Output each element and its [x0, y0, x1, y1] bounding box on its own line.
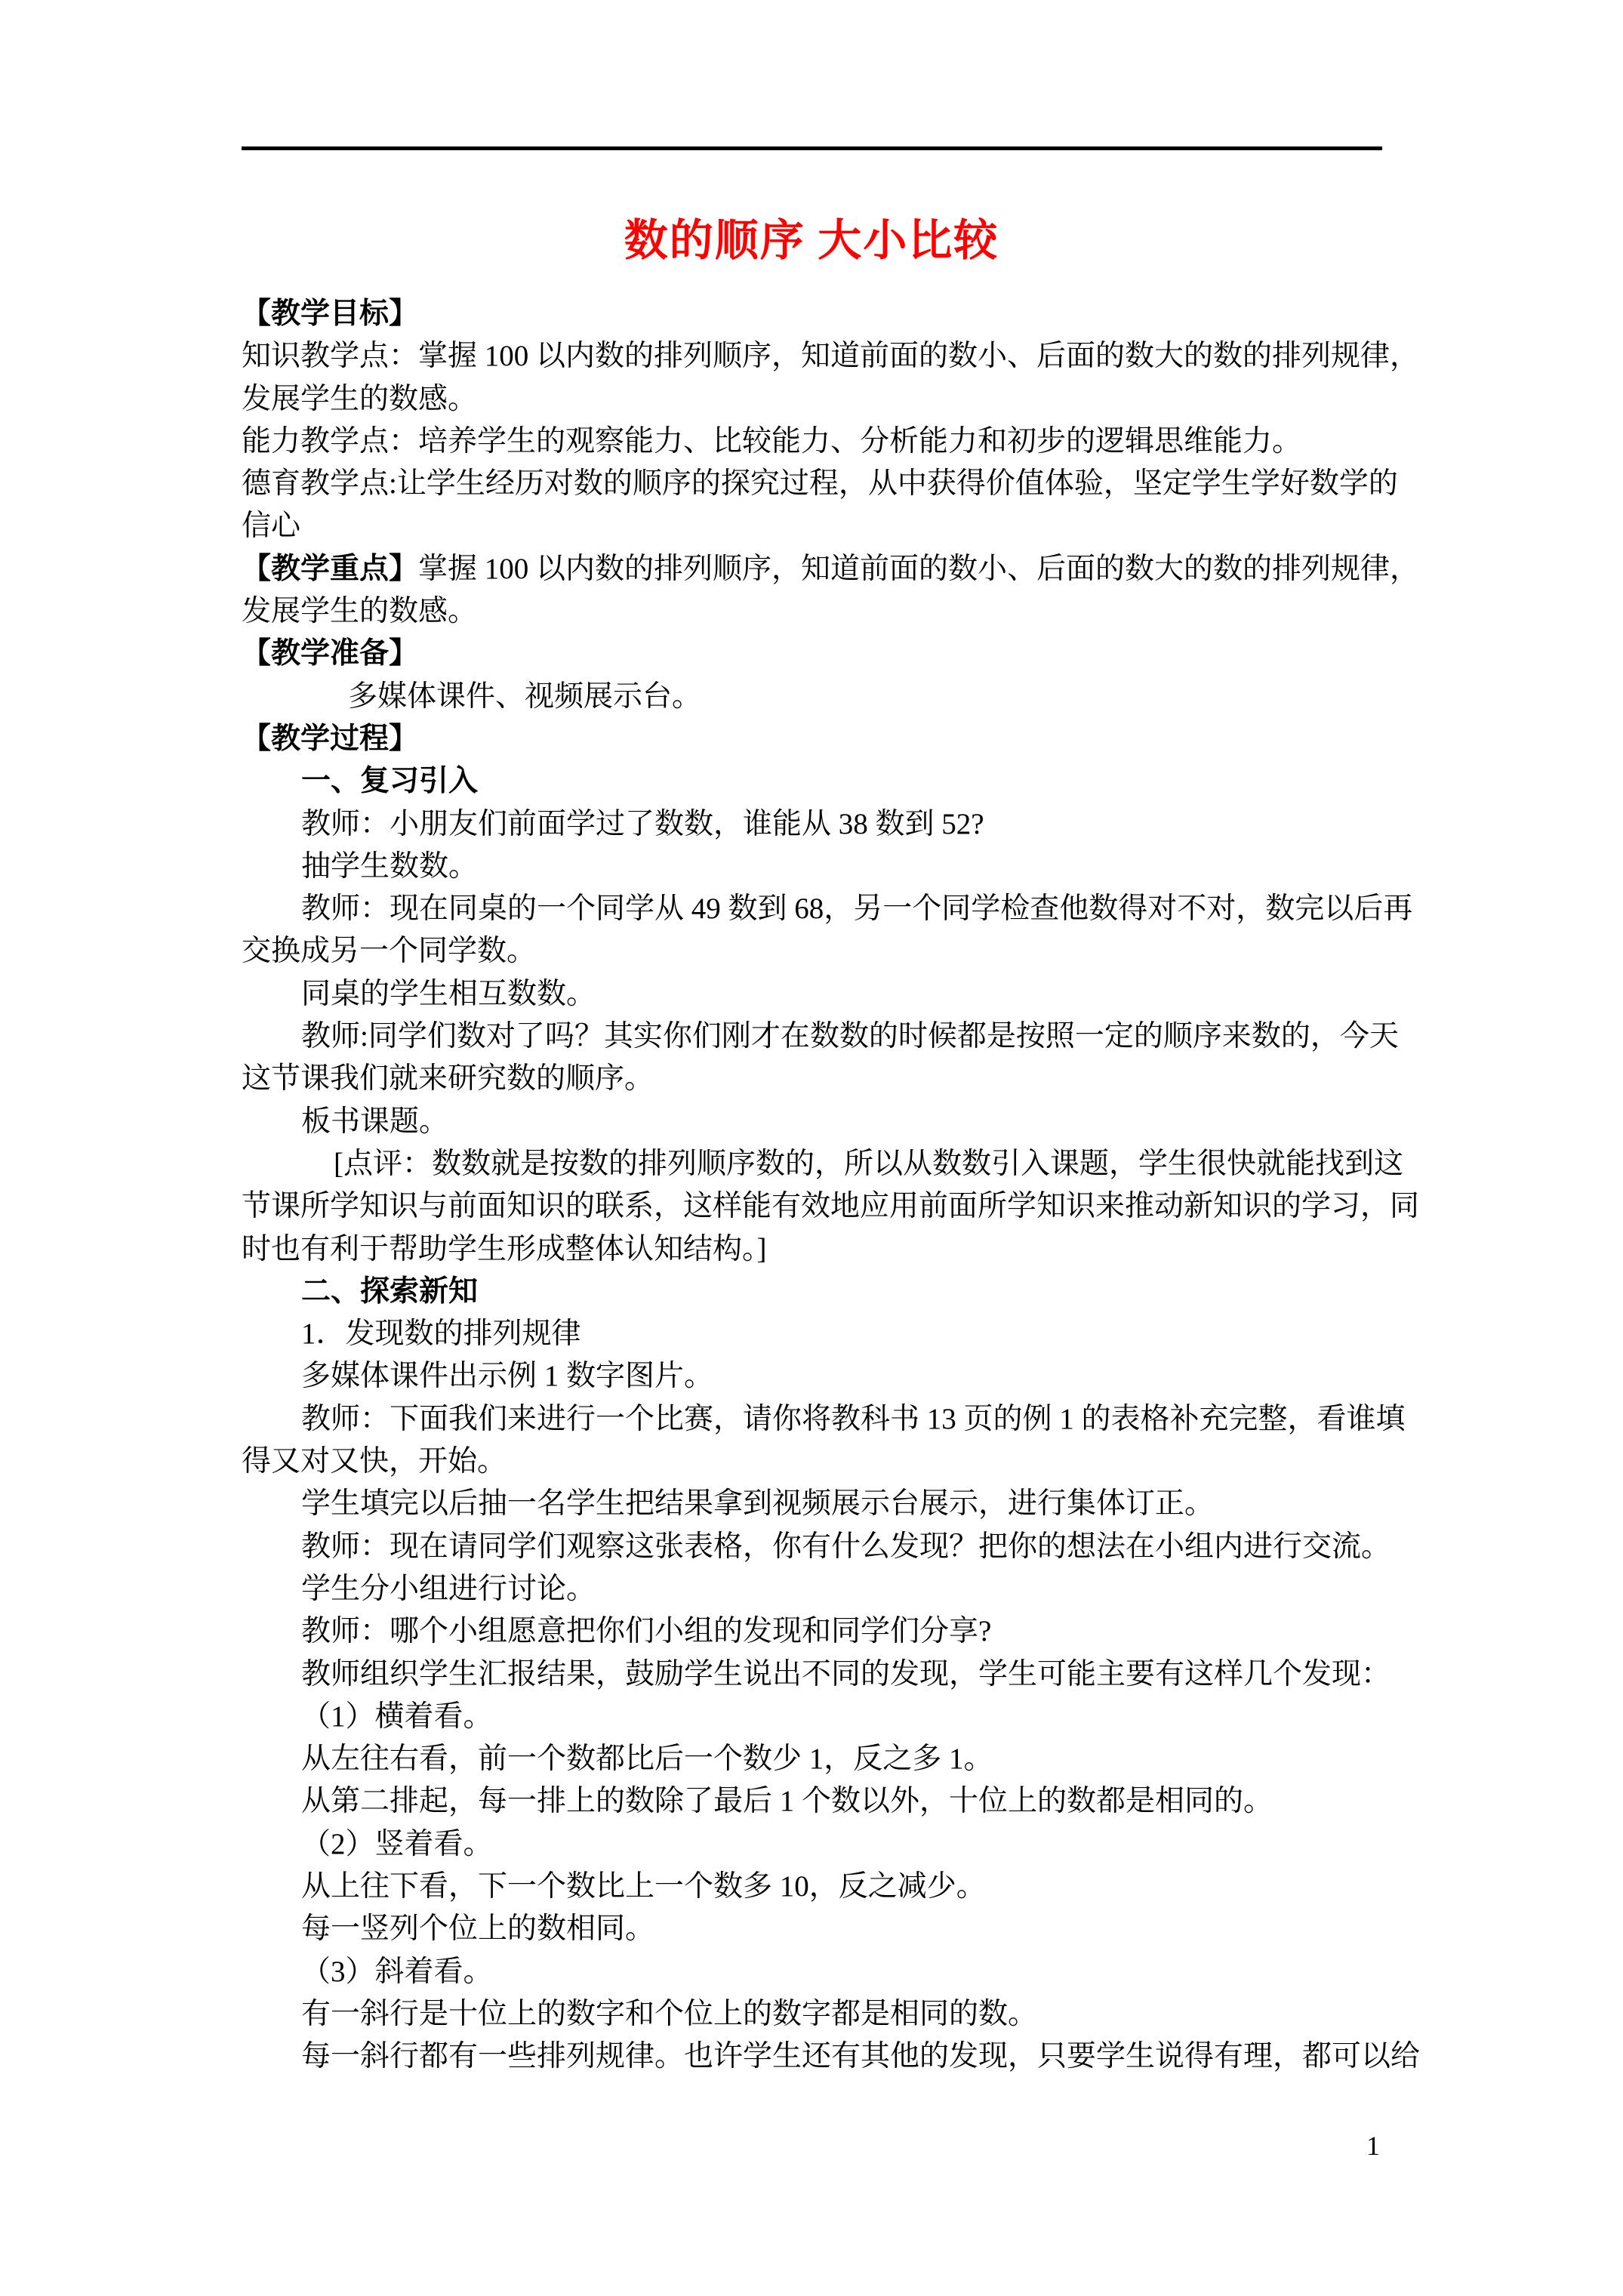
- text-run: 同桌的学生相互数数。: [301, 978, 596, 1010]
- text-run: 教师：现在同桌的一个同学从 49 数到 68，另一个同学检查他数得对不对，数完以…: [301, 892, 1412, 925]
- text-line: 发展学生的数感。: [242, 590, 1385, 633]
- header-rule: [242, 146, 1382, 150]
- text-run: 教师:同学们数对了吗？其实你们刚才在数数的时候都是按照一定的顺序来数的，今天: [301, 1020, 1399, 1052]
- text-run: 教师：下面我们来进行一个比赛，请你将教科书 13 页的例 1 的表格补充完整，看…: [301, 1403, 1406, 1435]
- text-line: 节课所学知识与前面知识的联系，这样能有效地应用前面所学知识来推动新知识的学习，同: [242, 1185, 1385, 1228]
- text-line: 教师组织学生汇报结果，鼓励学生说出不同的发现，学生可能主要有这样几个发现：: [242, 1653, 1385, 1696]
- text-line: 得又对又快，开始。: [242, 1441, 1385, 1483]
- text-run: 掌握 100 以内数的排列顺序，知道前面的数小、后面的数大的数的排列规律，: [418, 553, 1419, 585]
- text-line: 二、探索新知: [242, 1271, 1385, 1313]
- text-run: 多媒体课件出示例 1 数字图片。: [301, 1360, 713, 1392]
- text-run: 知识教学点：掌握 100 以内数的排列顺序，知道前面的数小、后面的数大的数的排列…: [242, 340, 1419, 372]
- text-run: 从左往右看，前一个数都比后一个数少 1，反之多 1。: [301, 1743, 993, 1775]
- text-run: 1．发现数的排列规律: [301, 1318, 581, 1350]
- text-run: 教师组织学生汇报结果，鼓励学生说出不同的发现，学生可能主要有这样几个发现：: [301, 1658, 1390, 1690]
- text-line: 同桌的学生相互数数。: [242, 973, 1385, 1015]
- document-page: 数的顺序 大小比较 【教学目标】知识教学点：掌握 100 以内数的排列顺序，知道…: [0, 0, 1623, 2296]
- text-line: 从第二排起，每一排上的数除了最后 1 个数以外，十位上的数都是相同的。: [242, 1780, 1385, 1823]
- text-run: 学生填完以后抽一名学生把结果拿到视频展示台展示，进行集体订正。: [301, 1487, 1214, 1520]
- text-run: 发展学生的数感。: [242, 595, 477, 627]
- text-line: 1．发现数的排列规律: [242, 1313, 1385, 1355]
- text-run: 有一斜行是十位上的数字和个位上的数字都是相同的数。: [301, 1998, 1037, 2030]
- text-run: 【教学准备】: [242, 637, 418, 670]
- text-run: 板书课题。: [301, 1105, 448, 1138]
- page-title: 数的顺序 大小比较: [0, 216, 1623, 266]
- text-line: （2）竖着看。: [242, 1823, 1385, 1866]
- text-run: [点评：数数就是按数的排列顺序数的，所以从数数引入课题，学生很快就能找到这: [334, 1148, 1403, 1180]
- text-line: 学生分小组进行讨论。: [242, 1568, 1385, 1610]
- text-run: 德育教学点:让学生经历对数的顺序的探究过程，从中获得价值体验，坚定学生学好数学的: [242, 467, 1398, 500]
- text-run: 【教学重点】: [242, 553, 418, 585]
- text-run: 抽学生数数。: [301, 850, 478, 883]
- text-run: 二、探索新知: [301, 1275, 478, 1308]
- text-line: 一、复习引入: [242, 760, 1385, 803]
- text-line: （3）斜着看。: [242, 1951, 1385, 1993]
- text-line: 教师：现在同桌的一个同学从 49 数到 68，另一个同学检查他数得对不对，数完以…: [242, 888, 1385, 930]
- text-line: （1）横着看。: [242, 1696, 1385, 1738]
- text-run: 能力教学点：培养学生的观察能力、比较能力、分析能力和初步的逻辑思维能力。: [242, 425, 1301, 458]
- text-run: 发展学生的数感。: [242, 383, 477, 415]
- text-run: 得又对又快，开始。: [242, 1445, 507, 1478]
- text-run: （1）横着看。: [301, 1700, 493, 1733]
- text-line: 教师：小朋友们前面学过了数数，谁能从 38 数到 52?: [242, 803, 1385, 846]
- text-line: 抽学生数数。: [242, 846, 1385, 888]
- text-run: 一、复习引入: [301, 765, 478, 797]
- text-line: 板书课题。: [242, 1101, 1385, 1143]
- text-run: 教师：现在请同学们观察这张表格，你有什么发现？把你的想法在小组内进行交流。: [301, 1530, 1390, 1563]
- text-line: 能力教学点：培养学生的观察能力、比较能力、分析能力和初步的逻辑思维能力。: [242, 421, 1385, 463]
- text-run: 从上往下看，下一个数比上一个数多 10，反之减少。: [301, 1870, 986, 1903]
- text-run: （3）斜着看。: [301, 1955, 493, 1988]
- text-line: 有一斜行是十位上的数字和个位上的数字都是相同的数。: [242, 1993, 1385, 2036]
- text-line: 知识教学点：掌握 100 以内数的排列顺序，知道前面的数小、后面的数大的数的排列…: [242, 335, 1385, 378]
- text-line: 信心: [242, 505, 1385, 547]
- text-line: 每一斜行都有一些排列规律。也许学生还有其他的发现，只要学生说得有理，都可以给: [242, 2036, 1385, 2078]
- page-number: 1: [1366, 2131, 1380, 2161]
- text-line: 学生填完以后抽一名学生把结果拿到视频展示台展示，进行集体订正。: [242, 1483, 1385, 1525]
- text-run: 教师：小朋友们前面学过了数数，谁能从 38 数到 52?: [301, 808, 984, 840]
- text-line: 时也有利于帮助学生形成整体认知结构。]: [242, 1228, 1385, 1271]
- text-line: 德育教学点:让学生经历对数的顺序的探究过程，从中获得价值体验，坚定学生学好数学的: [242, 463, 1385, 505]
- text-run: 这节课我们就来研究数的顺序。: [242, 1062, 654, 1095]
- text-line: 【教学目标】: [242, 293, 1385, 335]
- text-line: 多媒体课件、视频展示台。: [242, 676, 1385, 718]
- text-line: 【教学准备】: [242, 633, 1385, 675]
- text-run: （2）竖着看。: [301, 1828, 493, 1860]
- text-line: 教师：下面我们来进行一个比赛，请你将教科书 13 页的例 1 的表格补充完整，看…: [242, 1398, 1385, 1441]
- text-run: 多媒体课件、视频展示台。: [348, 680, 701, 713]
- text-line: 多媒体课件出示例 1 数字图片。: [242, 1355, 1385, 1398]
- text-run: 时也有利于帮助学生形成整体认知结构。]: [242, 1233, 767, 1265]
- text-run: 教师：哪个小组愿意把你们小组的发现和同学们分享?: [301, 1615, 991, 1647]
- text-run: 【教学过程】: [242, 723, 418, 755]
- text-run: 每一竖列个位上的数相同。: [301, 1912, 654, 1945]
- text-run: 从第二排起，每一排上的数除了最后 1 个数以外，十位上的数都是相同的。: [301, 1785, 1273, 1817]
- text-run: 交换成另一个同学数。: [242, 935, 536, 967]
- text-run: 【教学目标】: [242, 297, 418, 330]
- text-line: 每一竖列个位上的数相同。: [242, 1908, 1385, 1950]
- text-line: 发展学生的数感。: [242, 378, 1385, 421]
- text-line: 这节课我们就来研究数的顺序。: [242, 1058, 1385, 1100]
- text-run: 学生分小组进行讨论。: [301, 1573, 596, 1605]
- text-line: 【教学过程】: [242, 718, 1385, 760]
- text-line: [点评：数数就是按数的排列顺序数的，所以从数数引入课题，学生很快就能找到这: [242, 1143, 1385, 1185]
- text-line: 【教学重点】掌握 100 以内数的排列顺序，知道前面的数小、后面的数大的数的排列…: [242, 548, 1385, 590]
- text-line: 从上往下看，下一个数比上一个数多 10，反之减少。: [242, 1866, 1385, 1908]
- text-line: 交换成另一个同学数。: [242, 930, 1385, 972]
- text-run: 信心: [242, 510, 300, 542]
- document-body: 【教学目标】知识教学点：掌握 100 以内数的排列顺序，知道前面的数小、后面的数…: [242, 293, 1385, 2078]
- text-line: 教师：现在请同学们观察这张表格，你有什么发现？把你的想法在小组内进行交流。: [242, 1526, 1385, 1568]
- text-line: 教师：哪个小组愿意把你们小组的发现和同学们分享?: [242, 1610, 1385, 1653]
- text-line: 从左往右看，前一个数都比后一个数少 1，反之多 1。: [242, 1738, 1385, 1780]
- text-run: 每一斜行都有一些排列规律。也许学生还有其他的发现，只要学生说得有理，都可以给: [301, 2040, 1420, 2073]
- text-line: 教师:同学们数对了吗？其实你们刚才在数数的时候都是按照一定的顺序来数的，今天: [242, 1015, 1385, 1058]
- text-run: 节课所学知识与前面知识的联系，这样能有效地应用前面所学知识来推动新知识的学习，同: [242, 1190, 1419, 1222]
